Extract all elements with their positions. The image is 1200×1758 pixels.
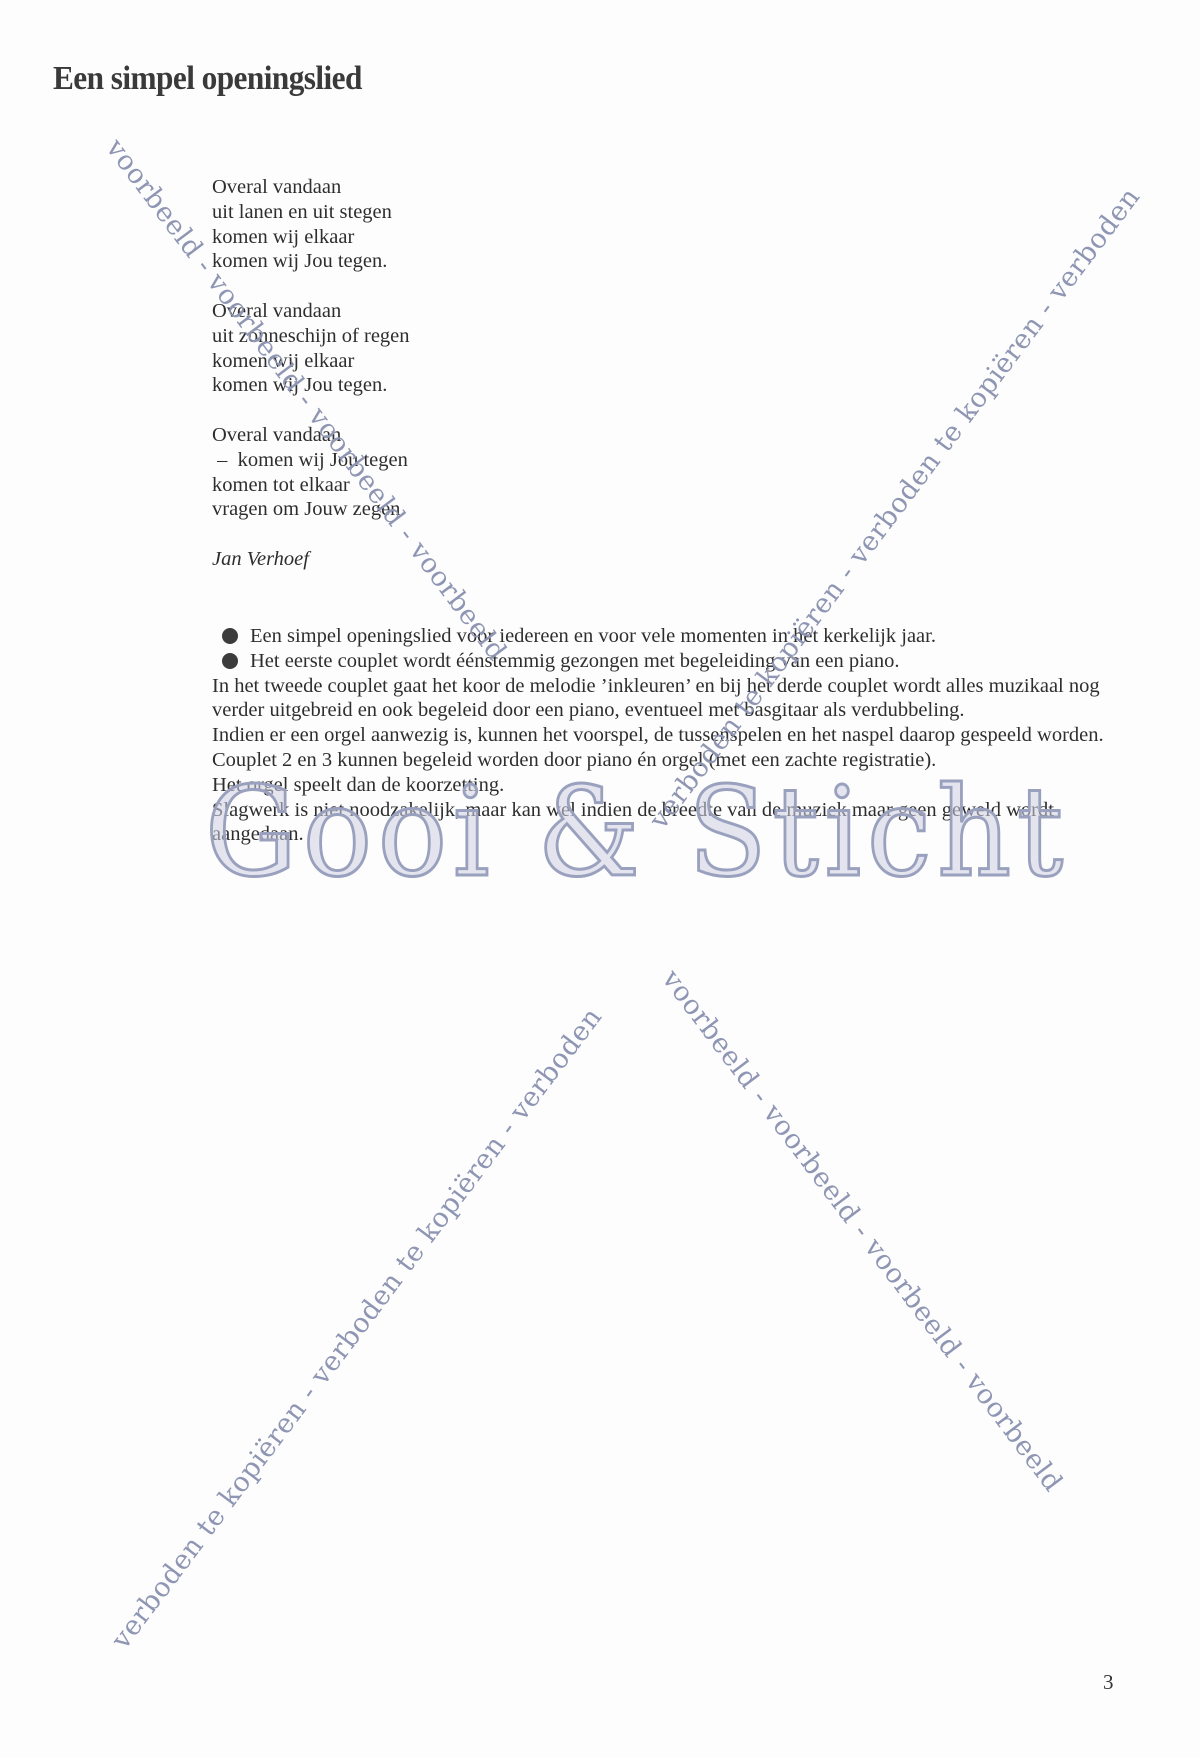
bullet-dot-icon	[222, 653, 238, 669]
note-bullet-item: Het eerste couplet wordt éénstemmig gezo…	[212, 649, 1132, 674]
note-paragraph: In het tweede couplet gaat het koor de m…	[212, 674, 1132, 724]
poem-line: Overal vandaan	[212, 299, 410, 324]
note-bullet-text: Een simpel openingslied voor iedereen en…	[250, 624, 936, 649]
note-paragraph: Couplet 2 en 3 kunnen begeleid worden do…	[212, 748, 1132, 773]
poem: Overal vandaan uit lanen en uit stegen k…	[212, 175, 410, 572]
poem-line: komen tot elkaar	[212, 473, 410, 498]
note-bullet-item: Een simpel openingslied voor iedereen en…	[212, 624, 1132, 649]
poem-line: – komen wij Jou tegen	[212, 448, 410, 473]
poem-line: Overal vandaan	[212, 175, 410, 200]
note-paragraph: Slagwerk is niet noodzakelijk, maar kan …	[212, 798, 1132, 848]
poem-stanza-3: Overal vandaan – komen wij Jou tegen kom…	[212, 423, 410, 522]
poem-line: komen wij Jou tegen.	[212, 373, 410, 398]
poem-line: uit lanen en uit stegen	[212, 200, 410, 225]
poem-line: komen wij elkaar	[212, 349, 410, 374]
document-page: Een simpel openingslied Overal vandaan u…	[0, 0, 1200, 1758]
watermark-diagonal-verboden-lower: verboden te kopiëren - verboden te kopië…	[106, 1002, 609, 1655]
page-number: 3	[1103, 1670, 1114, 1695]
poem-author: Jan Verhoef	[212, 547, 410, 572]
note-paragraph: Indien er een orgel aanwezig is, kunnen …	[212, 723, 1132, 748]
poem-line: uit zonneschijn of regen	[212, 324, 410, 349]
performance-notes: Een simpel openingslied voor iedereen en…	[212, 624, 1132, 847]
bullet-dot-icon	[222, 628, 238, 644]
page-title: Een simpel openingslied	[53, 60, 362, 98]
note-paragraph: Het orgel speelt dan de koorzetting.	[212, 773, 1132, 798]
poem-line: Overal vandaan	[212, 423, 410, 448]
poem-line: komen wij Jou tegen.	[212, 249, 410, 274]
poem-stanza-2: Overal vandaan uit zonneschijn of regen …	[212, 299, 410, 398]
poem-line: komen wij elkaar	[212, 225, 410, 250]
watermark-diagonal-voorbeeld-lower: voorbeeld - voorbeeld - voorbeeld - voor…	[656, 964, 1069, 1498]
poem-stanza-1: Overal vandaan uit lanen en uit stegen k…	[212, 175, 410, 274]
note-bullet-text: Het eerste couplet wordt éénstemmig gezo…	[250, 649, 900, 674]
poem-line: vragen om Jouw zegen.	[212, 497, 410, 522]
